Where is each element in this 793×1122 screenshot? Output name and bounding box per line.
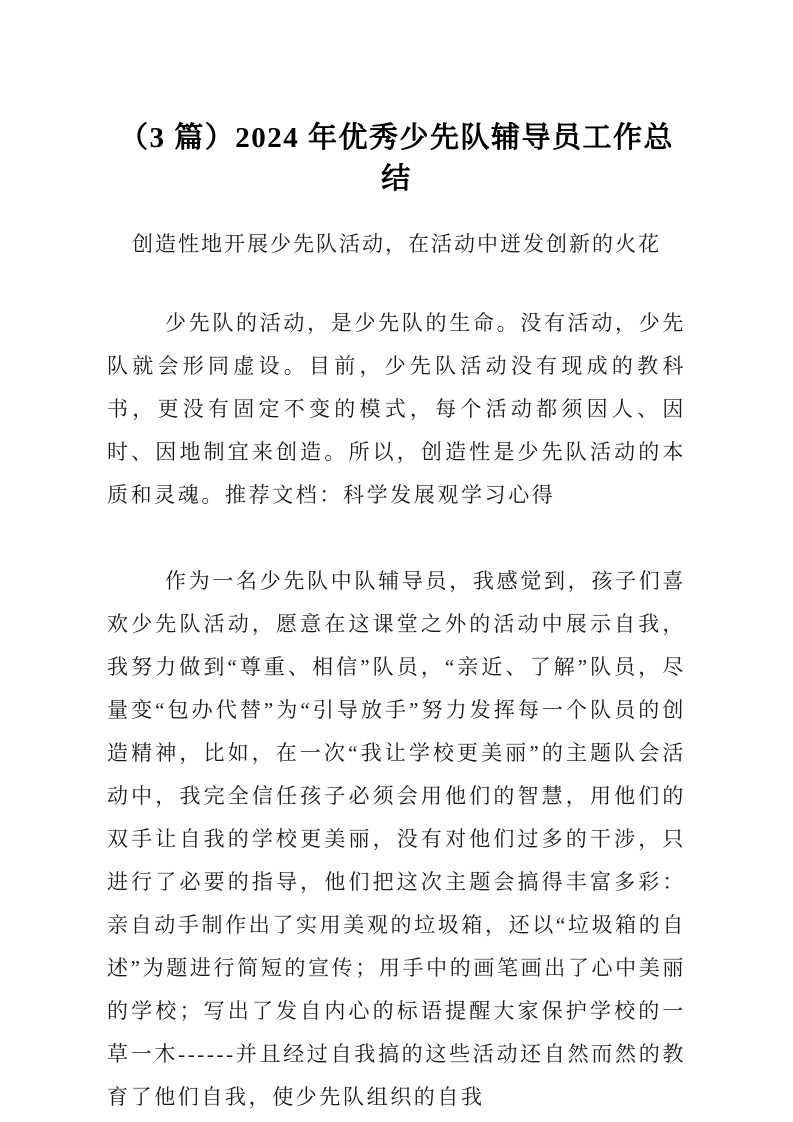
document-page: （3 篇）2024 年优秀少先队辅导员工作总结 创造性地开展少先队活动，在活动中…	[0, 0, 793, 1122]
document-subtitle: 创造性地开展少先队活动，在活动中迸发创新的火花	[107, 229, 686, 259]
paragraph-2: 作为一名少先队中队辅导员，我感觉到，孩子们喜欢少先队活动，愿意在这课堂之外的活动…	[107, 560, 686, 1119]
document-title: （3 篇）2024 年优秀少先队辅导员工作总结	[107, 118, 686, 199]
paragraph-1: 少先队的活动，是少先队的生命。没有活动，少先队就会形同虚设。目前，少先队活动没有…	[107, 302, 686, 517]
document-body: 少先队的活动，是少先队的生命。没有活动，少先队就会形同虚设。目前，少先队活动没有…	[107, 302, 686, 1119]
